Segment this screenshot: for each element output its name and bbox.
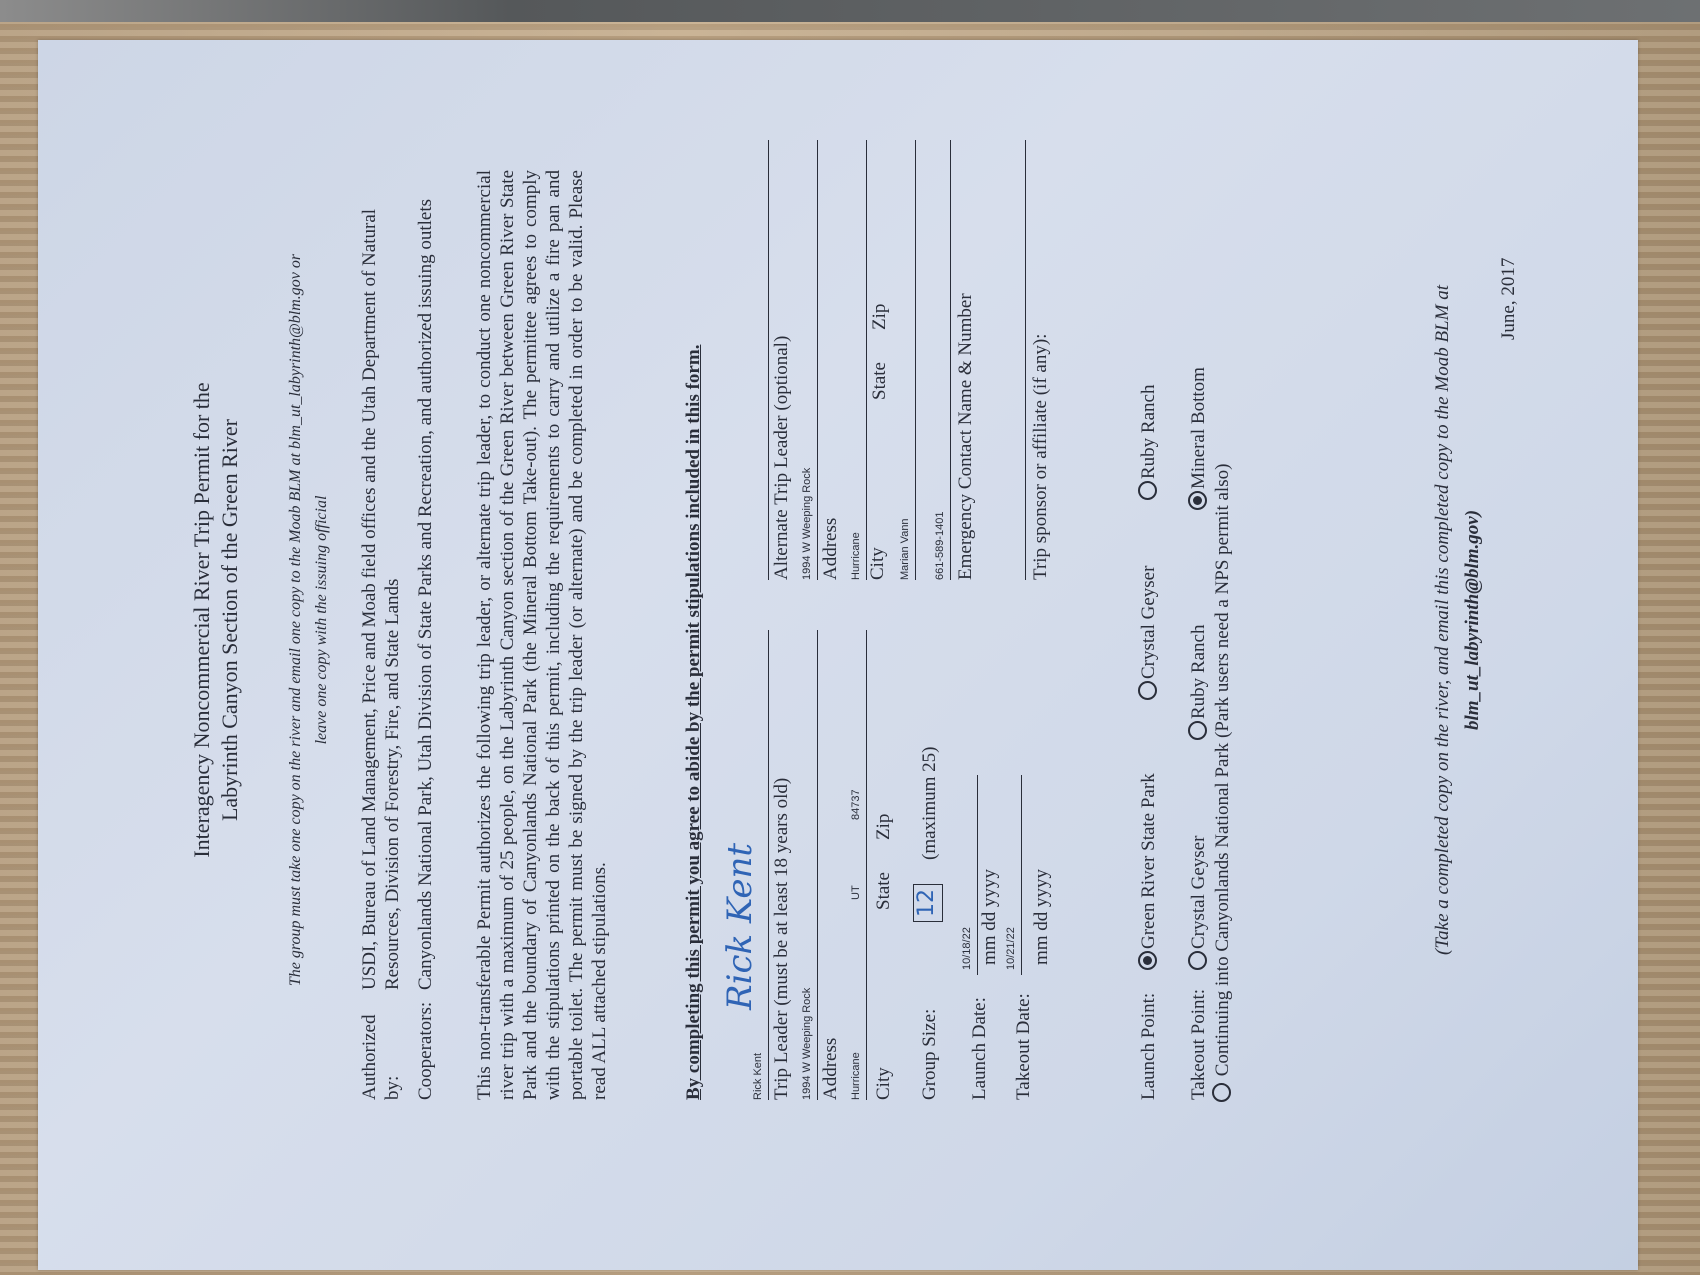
emergency-name-value: Marian Vann (899, 518, 911, 580)
takeout-option-label: Mineral Bottom (1188, 367, 1209, 489)
emergency-number-field[interactable]: 661-589-1401 (916, 140, 951, 580)
launch-point-label: Launch Point: (1138, 993, 1159, 1100)
document-page: Interagency Noncommercial River Trip Per… (78, 40, 1638, 1200)
launch-point-group: Launch Point: Green River State Park Cry… (1138, 140, 1160, 1100)
address-label: Address (820, 1038, 842, 1100)
state-label: State (873, 872, 895, 910)
trip-leader-address-value: 1994 W Weeping Rock (801, 988, 813, 1100)
alternate-leader-city-value: Hurricane (850, 532, 862, 580)
takeout-date-value[interactable]: 10/21/22 (1005, 927, 1017, 970)
launch-date-label: Launch Date: (969, 997, 990, 1100)
group-size-label: Group Size: (919, 1009, 940, 1100)
note-line-2: leave one copy with the issuing official (309, 40, 335, 1200)
alternate-leader-address-value: 1994 W Weeping Rock (801, 468, 813, 580)
takeout-date-line (1021, 775, 1022, 975)
sponsor-field[interactable] (989, 140, 1026, 580)
trip-leader-city-field[interactable]: Address Hurricane UT 84737 (818, 630, 867, 1100)
takeout-point-label: Takeout Point: (1188, 989, 1209, 1100)
emergency-name-field[interactable]: City State Zip Marian Vann (867, 140, 916, 580)
emergency-number-value: 661-589-1401 (934, 511, 946, 580)
radio-icon (1138, 481, 1157, 500)
footer-email: blm_ut_labyrinth@blm.gov) (1458, 40, 1488, 1200)
cooperators-label: Cooperators: (414, 990, 437, 1100)
takeout-date-format: mm dd yyyy (1031, 869, 1053, 965)
radio-selected-icon (1188, 491, 1207, 510)
launch-option-label: Crystal Geyser (1138, 566, 1159, 679)
takeout-point-group: Takeout Point: Crystal Geyser Ruby Ranch… (1188, 140, 1210, 1100)
trip-leader-label: Trip Leader (must be at least 18 years o… (771, 778, 793, 1100)
permit-terms: This non-transferable Permit authorizes … (473, 170, 611, 1100)
launch-date-row: Launch Date: 10/18/22 mm dd yyyy (969, 630, 1013, 1100)
trip-leader-city-value: Hurricane (850, 1052, 862, 1100)
alternate-leader-section: Alternate Trip Leader (optional) 1994 W … (728, 140, 1052, 580)
cooperators-text: Canyonlands National Park, Utah Division… (414, 199, 437, 990)
takeout-date-row: Takeout Date: 10/21/22 mm dd yyyy (1013, 630, 1057, 1100)
takeout-option-crystal-geyser[interactable]: Crystal Geyser (1188, 836, 1210, 970)
takeout-option-canyonlands[interactable]: Continuing into Canyonlands National Par… (1212, 464, 1234, 1102)
sponsor-label: Trip sponsor or affiliate (if any): (1026, 140, 1052, 580)
city-label: City (873, 1067, 894, 1100)
launch-date-line (977, 775, 978, 975)
form-title: Interagency Noncommercial River Trip Per… (188, 40, 244, 1200)
emergency-contact-label: Emergency Contact Name & Number (951, 140, 989, 580)
group-size-hint: (maximum 25) (919, 747, 941, 860)
alternate-address-label: Address (820, 518, 842, 580)
takeout-option-label: Ruby Ranch (1188, 625, 1209, 719)
group-size-row: Group Size: 12 (maximum 25) (919, 630, 969, 1100)
trip-leader-name-value: Rick Kent (752, 1053, 764, 1100)
zip-label: Zip (873, 814, 895, 840)
group-size-input[interactable]: 12 (913, 884, 943, 922)
radio-icon (1188, 951, 1207, 970)
document-rotated: Interagency Noncommercial River Trip Per… (78, 40, 1638, 1200)
title-line-2: Labyrinth Canyon Section of the Green Ri… (216, 40, 244, 1200)
alternate-leader-address-field[interactable]: Alternate Trip Leader (optional) 1994 W … (769, 140, 818, 580)
takeout-option-ruby-ranch[interactable]: Ruby Ranch (1188, 625, 1210, 740)
launch-option-label: Green River State Park (1138, 773, 1159, 949)
trip-leader-address-field[interactable]: Trip Leader (must be at least 18 years o… (769, 630, 818, 1100)
trip-leader-name-field[interactable]: Rick Kent (728, 630, 769, 1100)
agreement-statement: By completing this permit you agree to a… (683, 345, 705, 1100)
launch-option-green-river[interactable]: Green River State Park (1138, 773, 1160, 970)
alternate-leader-city-field[interactable]: Address Hurricane (818, 140, 867, 580)
footer-line-1: (Take a completed copy on the river, and… (1428, 40, 1458, 1200)
radio-icon (1138, 681, 1157, 700)
takeout-option-mineral-bottom[interactable]: Mineral Bottom (1188, 367, 1210, 510)
takeout-option-label: Crystal Geyser (1188, 836, 1209, 949)
title-line-1: Interagency Noncommercial River Trip Per… (188, 40, 216, 1200)
alternate-zip-label: Zip (869, 304, 891, 330)
background-strip (0, 0, 1700, 22)
alternate-leader-name-field[interactable] (728, 140, 769, 580)
radio-selected-icon (1138, 951, 1157, 970)
trip-leader-state-value: UT (850, 885, 862, 900)
radio-icon (1188, 721, 1207, 740)
authorization-block: Authorized by:USDI, Bureau of Land Manag… (358, 140, 447, 1100)
trip-leader-section: Rick Kent Rick Kent Trip Leader (must be… (728, 630, 1057, 1100)
alternate-state-label: State (869, 362, 891, 400)
takeout-option-label: Continuing into Canyonlands National Par… (1212, 464, 1233, 1077)
permit-paper: Interagency Noncommercial River Trip Per… (38, 40, 1638, 1270)
alternate-leader-label: Alternate Trip Leader (optional) (771, 336, 793, 580)
authorized-text: USDI, Bureau of Land Management, Price a… (358, 140, 404, 990)
launch-date-format: mm dd yyyy (979, 869, 1001, 965)
takeout-date-label: Takeout Date: (1013, 993, 1034, 1100)
launch-option-label: Ruby Ranch (1138, 385, 1159, 479)
launch-option-ruby-ranch[interactable]: Ruby Ranch (1138, 385, 1160, 500)
alternate-city-label: City (867, 547, 888, 580)
trip-leader-zip-value: 84737 (850, 789, 862, 820)
footer-instructions: (Take a completed copy on the river, and… (1428, 40, 1488, 1200)
copy-instructions: The group must take one copy on the rive… (283, 40, 335, 1200)
revision-date: June, 2017 (1498, 258, 1520, 340)
radio-icon (1212, 1083, 1231, 1102)
note-line-1: The group must take one copy on the rive… (283, 40, 309, 1200)
launch-date-value[interactable]: 10/18/22 (961, 927, 973, 970)
launch-option-crystal-geyser[interactable]: Crystal Geyser (1138, 566, 1160, 700)
authorized-label: Authorized by: (358, 990, 404, 1100)
